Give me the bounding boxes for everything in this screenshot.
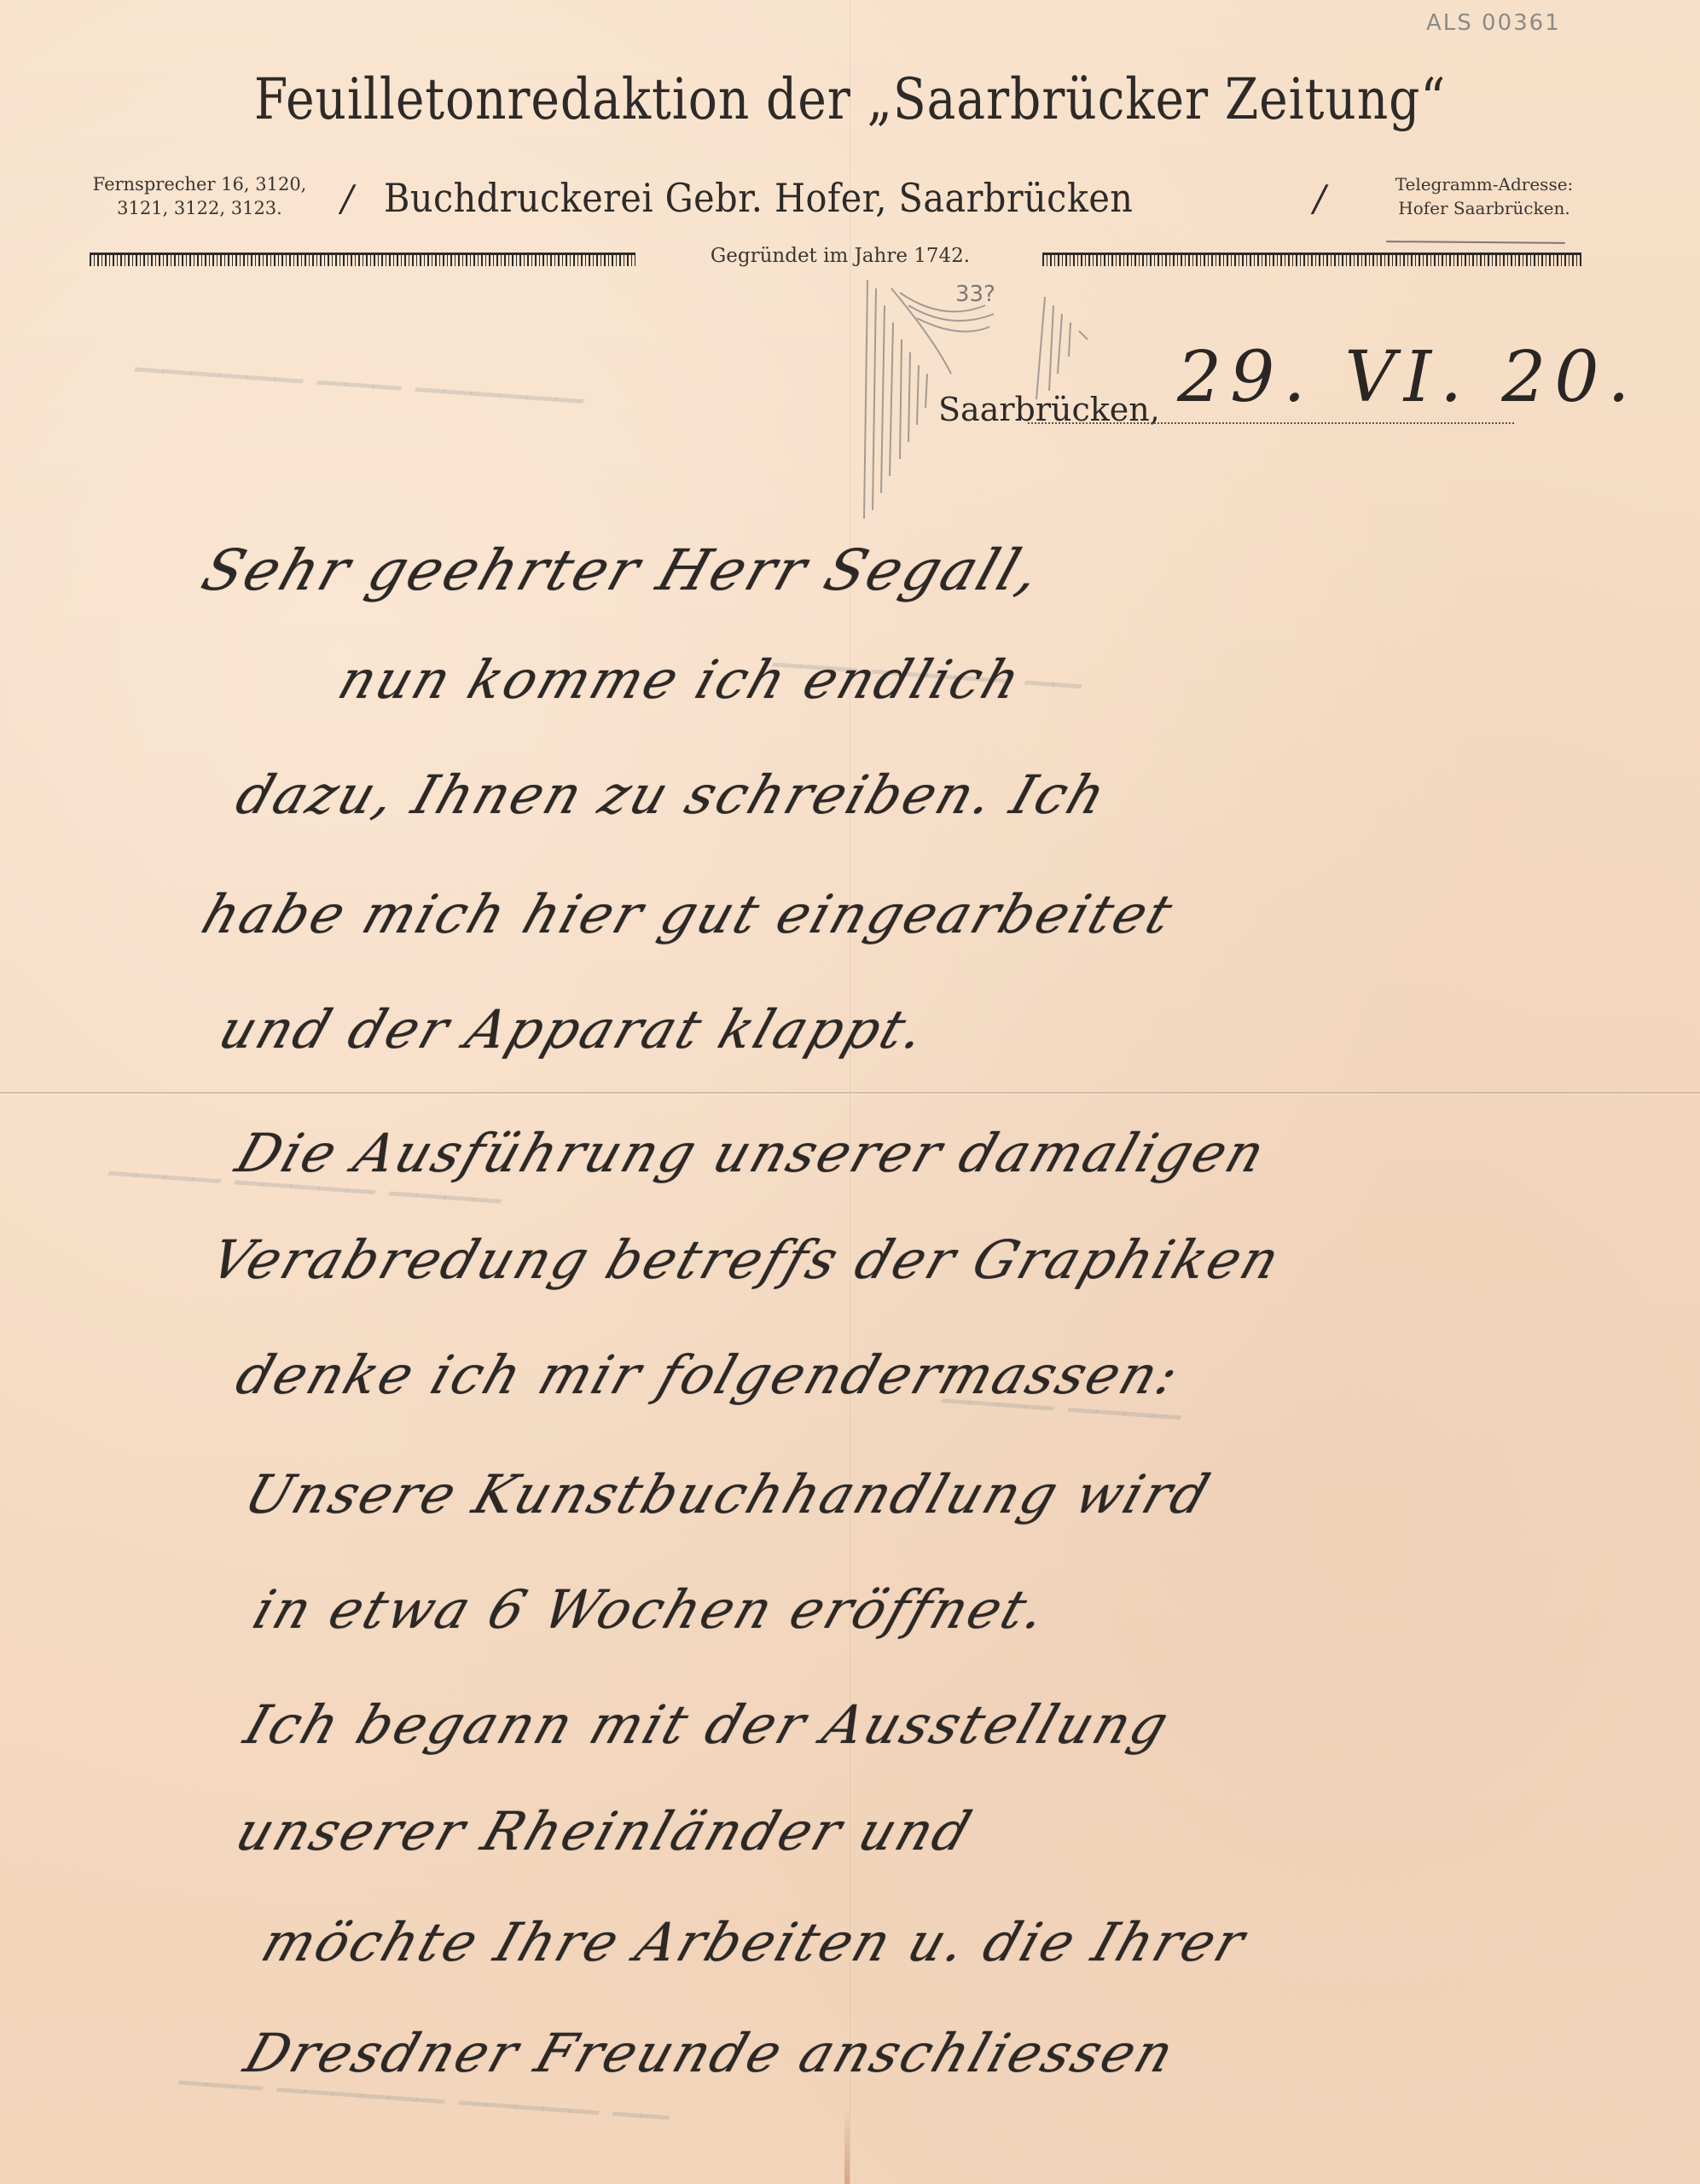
ornamental-rule-left: [90, 253, 635, 266]
printer-name: Buchdruckerei Gebr. Hofer, Saarbrücken: [384, 175, 1133, 221]
telegram-address: Telegramm-Adresse: Hofer Saarbrücken.: [1373, 172, 1595, 220]
body-line: Unsere Kunstbuchhandlung wird: [237, 1463, 1219, 1525]
divider-slash: /: [341, 177, 353, 219]
founded-line: Gegründet im Jahre 1742.: [648, 245, 1032, 267]
svg-text:33?: 33?: [955, 282, 995, 307]
body-line: dazu, Ihnen zu schreiben. Ich: [229, 764, 1116, 826]
body-line: und der Apparat klappt.: [212, 998, 935, 1060]
ornamental-rule-right: [1042, 253, 1581, 266]
salutation-line: Sehr geehrter Herr Segall,: [194, 537, 1051, 603]
masthead-title: Feuilletonredaktion der „Saarbrücker Zei…: [119, 67, 1581, 132]
date-handwritten: 29. VI. 20.: [1177, 337, 1639, 418]
body-line: möchte Ihre Arbeiten u. die Ihrer: [254, 1911, 1255, 1973]
archive-id-pencil: ALS 00361: [1426, 10, 1561, 36]
pencil-underline: [1386, 241, 1565, 244]
date-dotted-line: [1028, 422, 1514, 424]
bottom-tear-stain: [844, 2107, 850, 2184]
body-line: nun komme ich endlich: [331, 648, 1030, 711]
phone-numbers: Fernsprecher 16, 3120, 3121, 3122, 3123.: [89, 172, 310, 220]
body-line: Verabredung betreffs der Graphiken: [203, 1228, 1290, 1291]
body-line: unserer Rheinländer und: [229, 1800, 981, 1862]
body-line: habe mich hier gut eingearbeitet: [194, 883, 1182, 945]
body-line: Die Ausführung unserer damaligen: [229, 1122, 1274, 1184]
bleed-through-text: ────── ─── ──────: [122, 342, 595, 430]
body-line: denke ich mir folgendermassen:: [229, 1344, 1189, 1406]
body-line: Dresdner Freunde anschliessen: [237, 2022, 1184, 2084]
body-line: in etwa 6 Wochen eröffnet.: [246, 1578, 1056, 1641]
divider-slash: /: [1314, 177, 1326, 219]
body-line: Ich begann mit der Ausstellung: [237, 1693, 1178, 1756]
